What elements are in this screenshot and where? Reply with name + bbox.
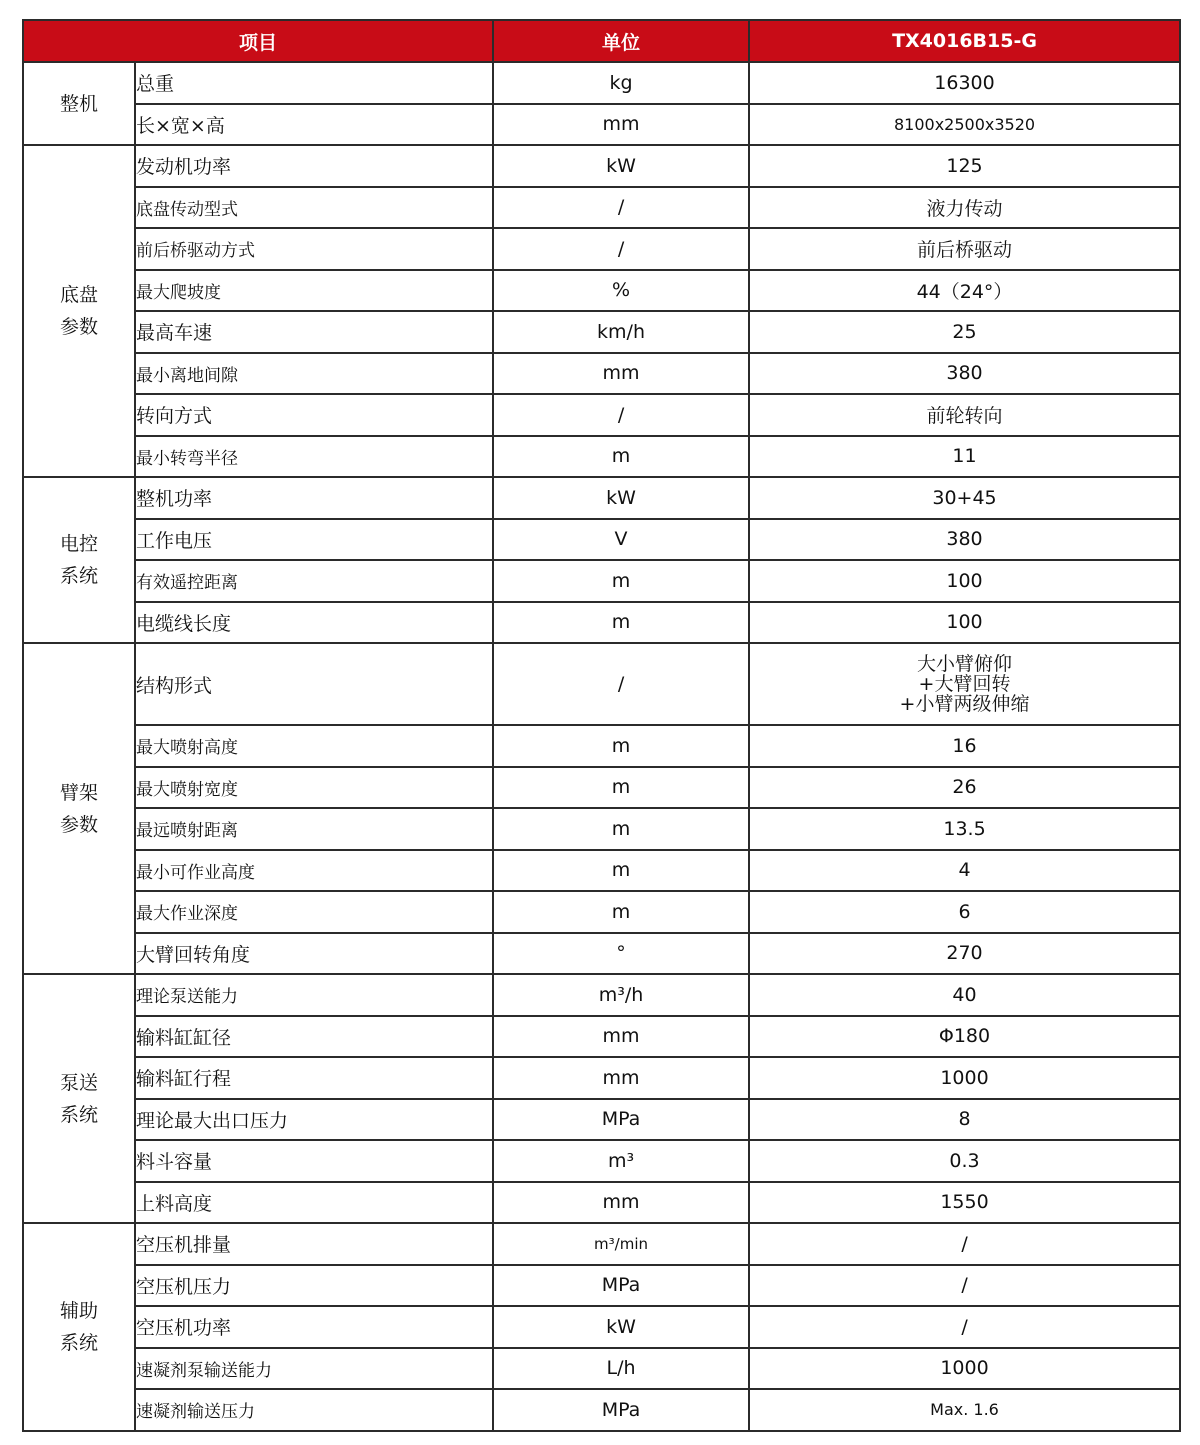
unit-cell: ° [493, 933, 749, 975]
item-label: 输料缸缸径 [135, 1016, 493, 1058]
value-cell: 125 [749, 145, 1180, 187]
group-label: 辅助 系统 [23, 1223, 135, 1431]
value-cell: 0.3 [749, 1140, 1180, 1182]
unit-cell: m [493, 602, 749, 644]
group-label-line: 底盘 [24, 279, 134, 311]
value-cell: 16300 [749, 62, 1180, 104]
table-row: 速凝剂泵输送能力 L/h 1000 [23, 1348, 1180, 1390]
table-row: 底盘 参数 发动机功率 kW 125 [23, 145, 1180, 187]
value-cell: 8 [749, 1099, 1180, 1141]
value-cell: 1000 [749, 1348, 1180, 1390]
table-row: 前后桥驱动方式 / 前后桥驱动 [23, 228, 1180, 270]
item-label: 结构形式 [135, 643, 493, 725]
spec-table: 项目 单位 TX4016B15-G 整机 总重 kg 16300 长×宽×高 m… [22, 19, 1181, 1432]
group-label-line: 参数 [24, 809, 134, 841]
group-label-line: 辅助 [24, 1295, 134, 1327]
group-label: 电控 系统 [23, 477, 135, 643]
value-cell: 25 [749, 311, 1180, 353]
unit-cell: km/h [493, 311, 749, 353]
item-label: 速凝剂输送压力 [135, 1389, 493, 1431]
unit-cell: / [493, 643, 749, 725]
unit-cell: m³/h [493, 974, 749, 1016]
value-line: 大小臂俯仰 [750, 654, 1179, 674]
value-cell: 30+45 [749, 477, 1180, 519]
header-unit: 单位 [493, 20, 749, 62]
group-label-line: 臂架 [24, 777, 134, 809]
item-label: 空压机排量 [135, 1223, 493, 1265]
value-cell: 1550 [749, 1182, 1180, 1224]
item-label: 最大爬坡度 [135, 270, 493, 312]
item-label: 最小可作业高度 [135, 850, 493, 892]
table-row: 最小离地间隙 mm 380 [23, 353, 1180, 395]
value-cell: 380 [749, 353, 1180, 395]
unit-cell: m [493, 767, 749, 809]
group-label-line: 系统 [24, 560, 134, 592]
unit-cell: m [493, 436, 749, 478]
value-cell: 大小臂俯仰 +大臂回转 +小臂两级伸缩 [749, 643, 1180, 725]
value-line: +大臂回转 [750, 674, 1179, 694]
table-row: 整机 总重 kg 16300 [23, 62, 1180, 104]
table-row: 最小可作业高度 m 4 [23, 850, 1180, 892]
item-label: 长×宽×高 [135, 104, 493, 146]
item-label: 料斗容量 [135, 1140, 493, 1182]
table-row: 最大作业深度 m 6 [23, 891, 1180, 933]
value-cell: 380 [749, 519, 1180, 561]
value-cell: 8100x2500x3520 [749, 104, 1180, 146]
value-cell: 100 [749, 602, 1180, 644]
item-label: 前后桥驱动方式 [135, 228, 493, 270]
item-label: 空压机压力 [135, 1265, 493, 1307]
item-label: 发动机功率 [135, 145, 493, 187]
table-row: 最远喷射距离 m 13.5 [23, 808, 1180, 850]
group-label-line: 参数 [24, 311, 134, 343]
unit-cell: MPa [493, 1265, 749, 1307]
table-row: 底盘传动型式 / 液力传动 [23, 187, 1180, 229]
item-label: 整机功率 [135, 477, 493, 519]
header-row: 项目 单位 TX4016B15-G [23, 20, 1180, 62]
value-cell: Φ180 [749, 1016, 1180, 1058]
table-row: 最大喷射高度 m 16 [23, 725, 1180, 767]
item-label: 底盘传动型式 [135, 187, 493, 229]
header-item: 项目 [23, 20, 493, 62]
table-row: 空压机压力 MPa / [23, 1265, 1180, 1307]
item-label: 最远喷射距离 [135, 808, 493, 850]
group-label-line: 系统 [24, 1099, 134, 1131]
value-cell: / [749, 1223, 1180, 1265]
value-cell: 前轮转向 [749, 394, 1180, 436]
unit-cell: m [493, 891, 749, 933]
table-row: 料斗容量 m³ 0.3 [23, 1140, 1180, 1182]
value-cell: 270 [749, 933, 1180, 975]
value-cell: 液力传动 [749, 187, 1180, 229]
unit-cell: / [493, 228, 749, 270]
value-cell: 13.5 [749, 808, 1180, 850]
table-row: 最大喷射宽度 m 26 [23, 767, 1180, 809]
table-row: 输料缸缸径 mm Φ180 [23, 1016, 1180, 1058]
table-row: 有效遥控距离 m 100 [23, 560, 1180, 602]
item-label: 输料缸行程 [135, 1057, 493, 1099]
unit-cell: kW [493, 145, 749, 187]
value-cell: 44（24°） [749, 270, 1180, 312]
unit-cell: m [493, 808, 749, 850]
table-row: 最大爬坡度 % 44（24°） [23, 270, 1180, 312]
item-label: 理论泵送能力 [135, 974, 493, 1016]
value-cell: 4 [749, 850, 1180, 892]
value-cell: 100 [749, 560, 1180, 602]
item-label: 电缆线长度 [135, 602, 493, 644]
unit-cell: MPa [493, 1389, 749, 1431]
unit-cell: m [493, 725, 749, 767]
table-row: 长×宽×高 mm 8100x2500x3520 [23, 104, 1180, 146]
group-label: 底盘 参数 [23, 145, 135, 477]
unit-cell: mm [493, 104, 749, 146]
unit-cell: V [493, 519, 749, 561]
table-row: 转向方式 / 前轮转向 [23, 394, 1180, 436]
value-line: +小臂两级伸缩 [750, 694, 1179, 714]
item-label: 大臂回转角度 [135, 933, 493, 975]
group-label-line: 电控 [24, 528, 134, 560]
group-label-line: 泵送 [24, 1067, 134, 1099]
value-cell: 16 [749, 725, 1180, 767]
table-row: 电缆线长度 m 100 [23, 602, 1180, 644]
item-label: 转向方式 [135, 394, 493, 436]
item-label: 总重 [135, 62, 493, 104]
table-row: 理论最大出口压力 MPa 8 [23, 1099, 1180, 1141]
unit-cell: mm [493, 1057, 749, 1099]
table-row: 最小转弯半径 m 11 [23, 436, 1180, 478]
unit-cell: m³/min [493, 1223, 749, 1265]
value-cell: 1000 [749, 1057, 1180, 1099]
item-label: 上料高度 [135, 1182, 493, 1224]
unit-cell: MPa [493, 1099, 749, 1141]
table-row: 空压机功率 kW / [23, 1306, 1180, 1348]
item-label: 最大喷射宽度 [135, 767, 493, 809]
unit-cell: L/h [493, 1348, 749, 1390]
item-label: 最高车速 [135, 311, 493, 353]
table-row: 速凝剂输送压力 MPa Max. 1.6 [23, 1389, 1180, 1431]
value-cell: 11 [749, 436, 1180, 478]
item-label: 理论最大出口压力 [135, 1099, 493, 1141]
table-row: 电控 系统 整机功率 kW 30+45 [23, 477, 1180, 519]
table-row: 最高车速 km/h 25 [23, 311, 1180, 353]
unit-cell: kW [493, 477, 749, 519]
unit-cell: / [493, 187, 749, 229]
value-cell: Max. 1.6 [749, 1389, 1180, 1431]
item-label: 工作电压 [135, 519, 493, 561]
unit-cell: kg [493, 62, 749, 104]
table-row: 大臂回转角度 ° 270 [23, 933, 1180, 975]
unit-cell: mm [493, 1182, 749, 1224]
item-label: 速凝剂泵输送能力 [135, 1348, 493, 1390]
table-row: 辅助 系统 空压机排量 m³/min / [23, 1223, 1180, 1265]
unit-cell: % [493, 270, 749, 312]
group-label: 臂架 参数 [23, 643, 135, 974]
item-label: 最大喷射高度 [135, 725, 493, 767]
header-model: TX4016B15-G [749, 20, 1180, 62]
unit-cell: m [493, 850, 749, 892]
group-label-line: 系统 [24, 1327, 134, 1359]
value-cell: 前后桥驱动 [749, 228, 1180, 270]
unit-cell: mm [493, 1016, 749, 1058]
unit-cell: m [493, 560, 749, 602]
table-row: 泵送 系统 理论泵送能力 m³/h 40 [23, 974, 1180, 1016]
table-row: 工作电压 V 380 [23, 519, 1180, 561]
item-label: 最小转弯半径 [135, 436, 493, 478]
item-label: 最大作业深度 [135, 891, 493, 933]
table-row: 上料高度 mm 1550 [23, 1182, 1180, 1224]
item-label: 空压机功率 [135, 1306, 493, 1348]
unit-cell: kW [493, 1306, 749, 1348]
item-label: 有效遥控距离 [135, 560, 493, 602]
group-label: 泵送 系统 [23, 974, 135, 1223]
value-cell: / [749, 1265, 1180, 1307]
group-label: 整机 [23, 62, 135, 145]
value-cell: 26 [749, 767, 1180, 809]
unit-cell: mm [493, 353, 749, 395]
value-cell: 40 [749, 974, 1180, 1016]
value-cell: / [749, 1306, 1180, 1348]
value-cell: 6 [749, 891, 1180, 933]
item-label: 最小离地间隙 [135, 353, 493, 395]
table-row: 臂架 参数 结构形式 / 大小臂俯仰 +大臂回转 +小臂两级伸缩 [23, 643, 1180, 725]
unit-cell: m³ [493, 1140, 749, 1182]
table-row: 输料缸行程 mm 1000 [23, 1057, 1180, 1099]
unit-cell: / [493, 394, 749, 436]
